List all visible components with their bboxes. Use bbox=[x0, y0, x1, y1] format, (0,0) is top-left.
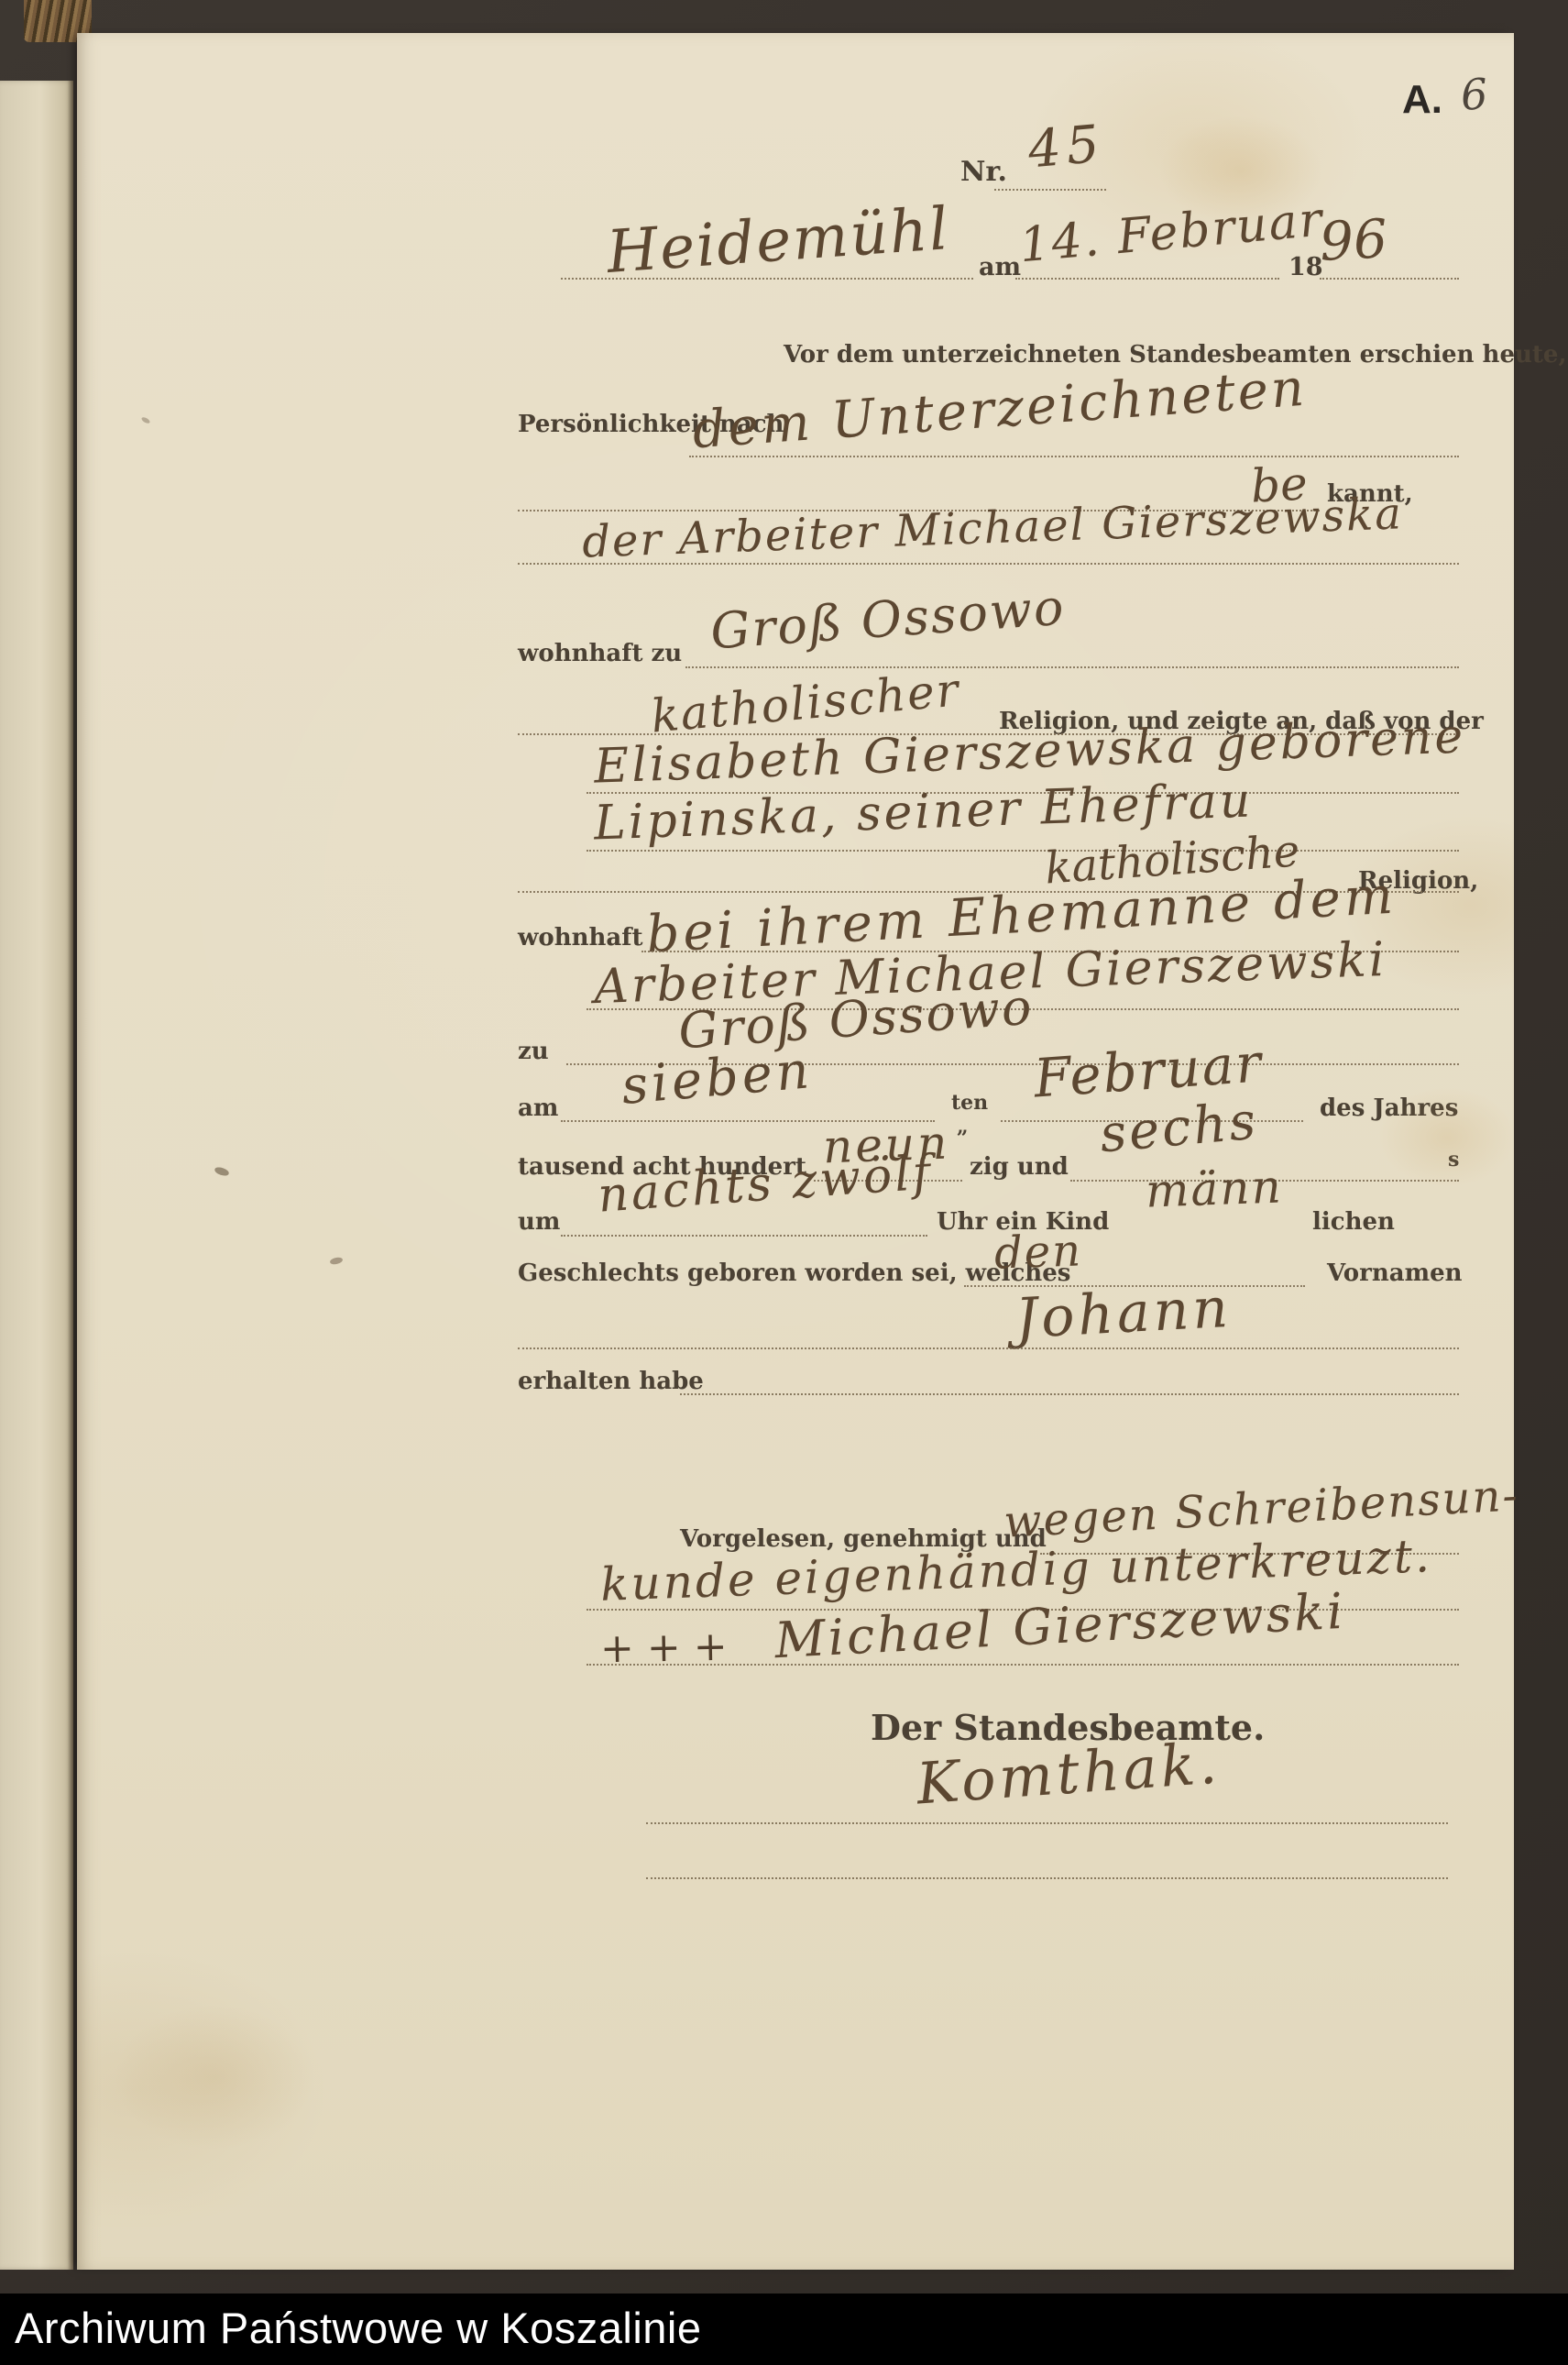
vornamen-label: Vornamen bbox=[1327, 1259, 1463, 1287]
wohnhaft-zu-label: wohnhaft zu bbox=[518, 640, 682, 667]
corner-page-number: 6 bbox=[1459, 69, 1489, 120]
ten-label: ten bbox=[951, 1091, 988, 1115]
am-day-label: am bbox=[518, 1094, 558, 1122]
dotted-line bbox=[587, 1664, 1459, 1666]
dotted-line bbox=[561, 278, 973, 280]
dotted-line bbox=[994, 189, 1106, 191]
dotted-line bbox=[1015, 278, 1279, 280]
date-entry: 14. Februar bbox=[1017, 192, 1326, 274]
geschlechts-label: Geschlechts geboren worden sei, welches bbox=[518, 1259, 1070, 1287]
archive-watermark-text: Archiwum Państwowe w Koszalinie bbox=[15, 2303, 702, 2353]
zu-label: zu bbox=[518, 1038, 549, 1065]
century-label: 18 bbox=[1288, 253, 1323, 281]
dotted-line bbox=[689, 456, 1459, 457]
scan-backdrop: A. 6 Nr. 45 Heidemühl am 14. Februar 18 … bbox=[0, 0, 1568, 2365]
paper-stain bbox=[114, 2004, 315, 2150]
day-entry: sieben bbox=[620, 1040, 816, 1116]
ink-smudge bbox=[140, 416, 150, 424]
ditto-mark: „ bbox=[957, 1115, 969, 1138]
archive-watermark-bar: Archiwum Państwowe w Koszalinie bbox=[0, 2293, 1568, 2365]
persoenlichkeit-entry: dem Unterzeichneten bbox=[691, 358, 1309, 461]
declarant-entry: der Arbeiter Michael Gierszewska bbox=[581, 488, 1403, 567]
intro-line: Vor dem unterzeichneten Standesbeamten e… bbox=[784, 341, 1568, 368]
nr-entry: 45 bbox=[1025, 114, 1107, 180]
year-word-entry: sechs bbox=[1097, 1092, 1260, 1165]
dotted-line bbox=[587, 850, 1459, 852]
register-page: A. 6 Nr. 45 Heidemühl am 14. Februar 18 … bbox=[77, 33, 1514, 2270]
dotted-line bbox=[646, 1877, 1448, 1879]
place-entry: Heidemühl bbox=[605, 195, 952, 287]
nr-label: Nr. bbox=[960, 156, 1007, 188]
gender-entry: männ bbox=[1145, 1160, 1284, 1217]
previous-page-edge bbox=[0, 81, 73, 2270]
dotted-line bbox=[518, 1347, 1459, 1349]
gender-label: lichen bbox=[1312, 1208, 1395, 1236]
des-jahres-label: des Jahres bbox=[1320, 1094, 1458, 1122]
um-label: um bbox=[518, 1208, 560, 1236]
dotted-line bbox=[646, 1822, 1448, 1824]
dotted-line bbox=[685, 666, 1459, 668]
ink-smudge bbox=[329, 1257, 343, 1266]
year-entry: 96 bbox=[1318, 207, 1388, 273]
dotted-line bbox=[680, 1393, 1459, 1395]
dotted-line bbox=[518, 563, 1459, 565]
ink-smudge bbox=[214, 1166, 230, 1178]
name-entry: Johann bbox=[1014, 1276, 1233, 1351]
erhalten-label: erhalten habe bbox=[518, 1368, 704, 1395]
wohnhaft-label: wohnhaft bbox=[518, 924, 642, 951]
corner-stamp-a: A. bbox=[1402, 77, 1442, 123]
den-entry: den bbox=[993, 1225, 1083, 1279]
zig-und-label: zig und bbox=[970, 1153, 1069, 1181]
dotted-line bbox=[561, 1235, 927, 1237]
margin-mark: s bbox=[1448, 1148, 1459, 1171]
dotted-line bbox=[1320, 278, 1459, 280]
wohnhaft-zu-entry: Groß Ossowo bbox=[708, 578, 1067, 661]
